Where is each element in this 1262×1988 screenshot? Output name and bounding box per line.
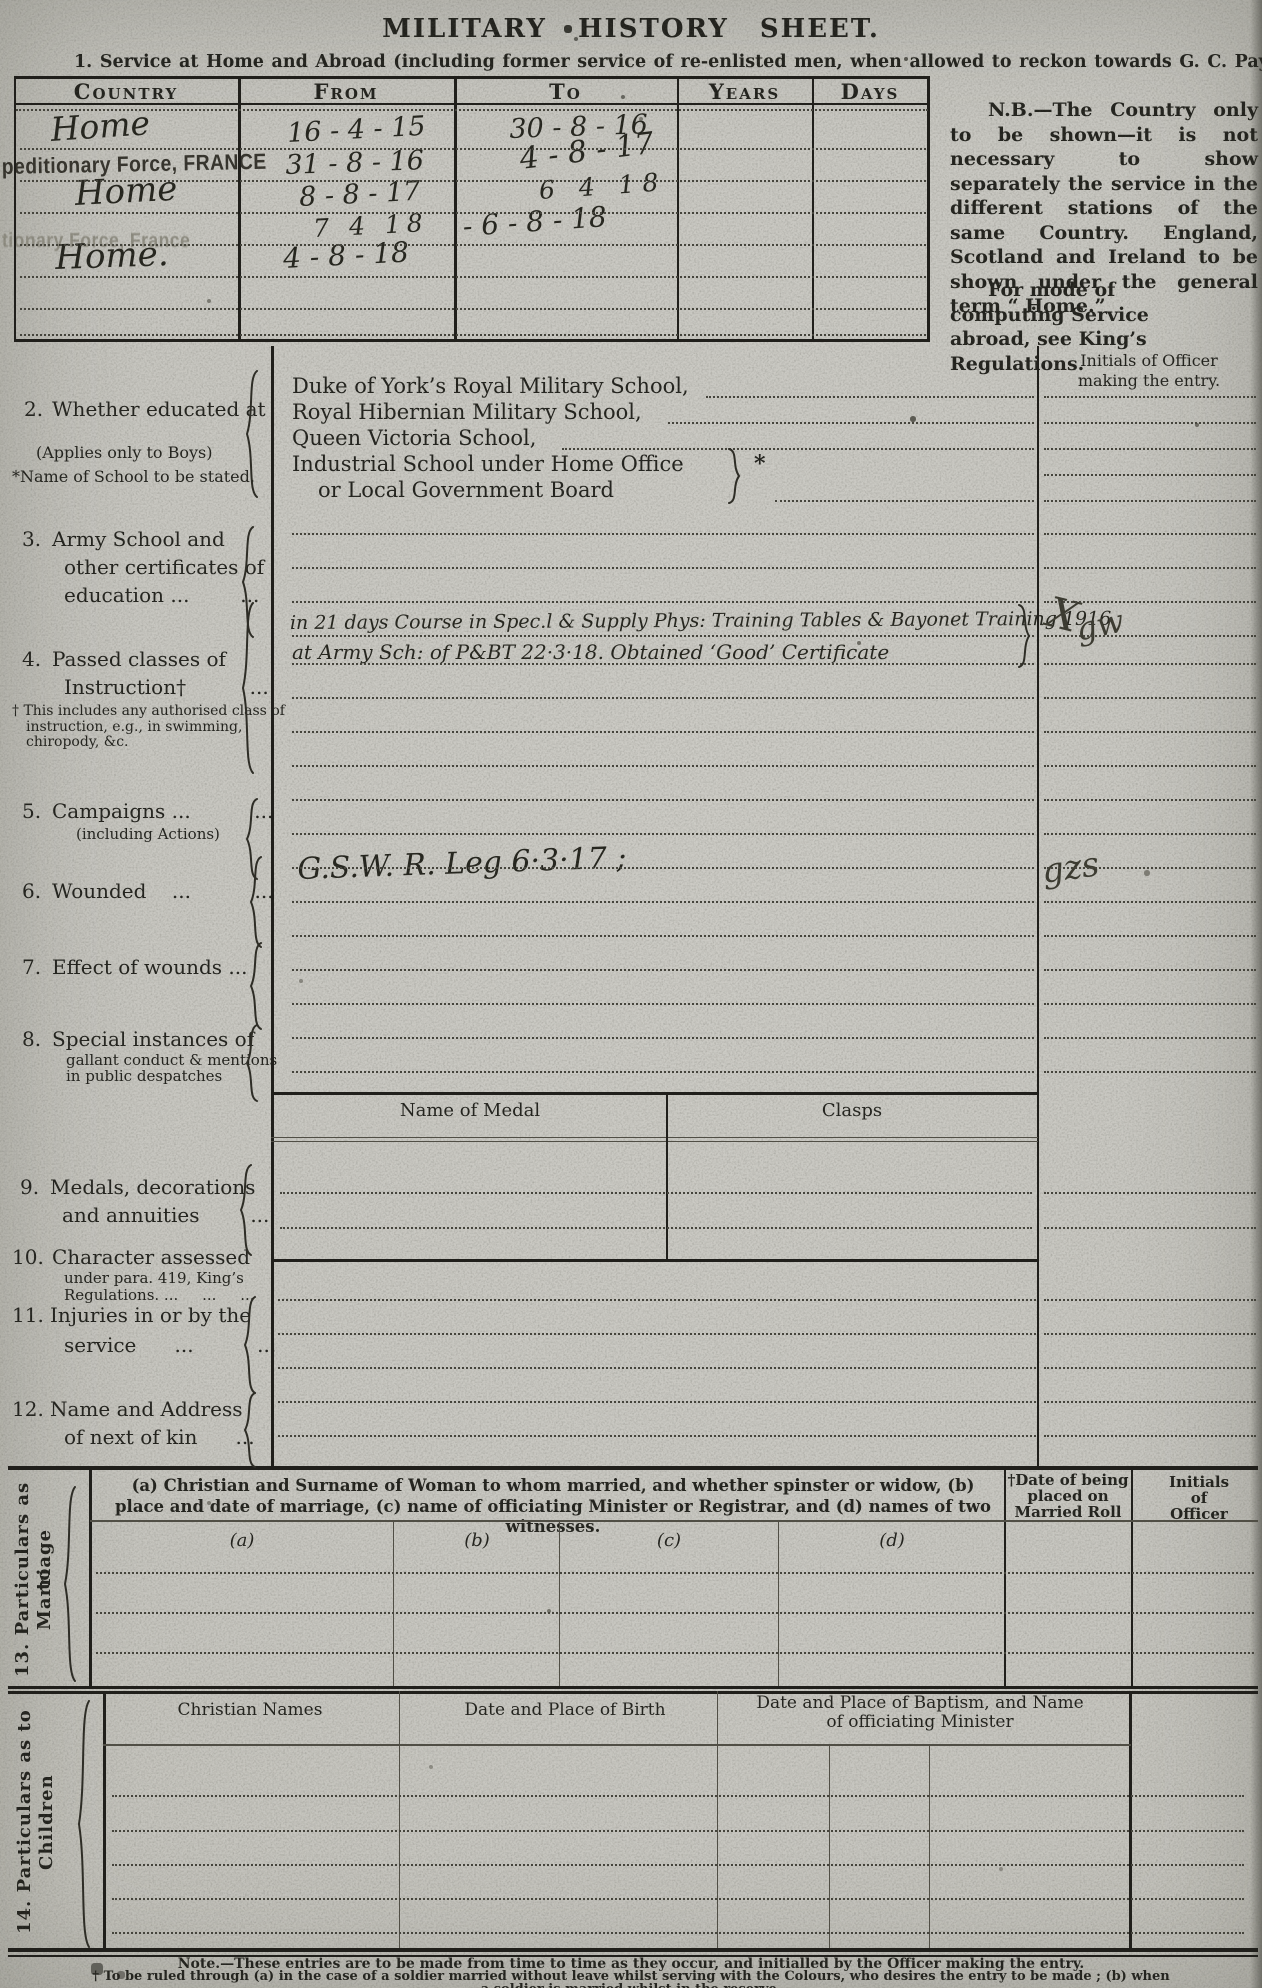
- table-rule: [677, 76, 679, 342]
- dotted-rule: [20, 244, 926, 246]
- paper-specks: [0, 0, 2, 2]
- dotted-rule: [1044, 1333, 1256, 1335]
- dotted-rule: [1044, 867, 1256, 869]
- s2-school-3: Queen Victoria School,: [292, 426, 536, 451]
- dotted-rule: [1044, 663, 1256, 665]
- dotted-rule: [1044, 969, 1256, 971]
- table-rule: [1129, 1691, 1132, 1952]
- dotted-rule: [1044, 1192, 1256, 1194]
- dotted-rule: [112, 1864, 1244, 1866]
- dotted-rule: [20, 148, 926, 150]
- dotted-rule: [292, 833, 1034, 835]
- dotted-rule: [96, 1612, 1254, 1614]
- s2-number: 2.: [24, 398, 43, 422]
- brace: [62, 1486, 78, 1682]
- s6-handwriting: G.S.W. R. Leg 6·3·17 ;: [297, 841, 627, 887]
- dotted-rule: [1044, 448, 1256, 450]
- s4-number: 4.: [22, 648, 41, 672]
- brace: [244, 370, 260, 498]
- table-rule: [271, 1141, 1038, 1142]
- table-rule: [14, 103, 930, 105]
- table-rule: [14, 76, 16, 342]
- s13-col-a: (a): [182, 1530, 302, 1551]
- initials-col-header-1: Initials of Officer: [1042, 352, 1256, 371]
- dotted-rule: [1044, 1003, 1256, 1005]
- dotted-rule: [96, 1572, 1254, 1574]
- medal-col-clasps: Clasps: [672, 1100, 1032, 1121]
- table-rule: [238, 76, 241, 342]
- dotted-rule: [292, 799, 1034, 801]
- brace: [242, 1296, 258, 1394]
- brace: [1016, 604, 1032, 668]
- dotted-rule: [1044, 422, 1256, 424]
- s2-note2: *Name of School to be stated.: [12, 468, 255, 487]
- dotted-rule: [292, 765, 1034, 767]
- s2-school-1: Duke of York’s Royal Military School,: [292, 374, 689, 399]
- entry-from-1: 16 - 4 - 15: [286, 111, 426, 149]
- brace: [76, 1700, 92, 1948]
- dotted-rule: [20, 212, 926, 214]
- table-rule: [271, 346, 274, 1466]
- s2-school-2: Royal Hibernian Military School,: [292, 400, 642, 425]
- s2-label: Whether educated at: [52, 398, 266, 422]
- brace: [244, 1024, 260, 1102]
- dotted-rule: [1044, 1227, 1256, 1229]
- dotted-rule: [1044, 635, 1256, 637]
- dotted-rule: [112, 1932, 1244, 1934]
- s4-handwriting-2: at Army Sch: of P&BT 22·3·18. Obtained ‘…: [292, 640, 889, 664]
- table-rule: [271, 1137, 1038, 1138]
- dotted-rule: [112, 1898, 1244, 1900]
- s3-line3: education ... ...: [64, 584, 259, 608]
- s8-note2: in public despatches: [66, 1068, 222, 1086]
- s5-number: 5.: [22, 800, 41, 824]
- scan-edge-shadow: [1250, 0, 1262, 1988]
- col-years: Years: [677, 80, 812, 105]
- table-rule: [1004, 1466, 1006, 1688]
- brace: [242, 1392, 258, 1468]
- table-rule: [829, 1746, 830, 1952]
- table-rule: [559, 1522, 560, 1688]
- s3-line1: Army School and: [52, 528, 225, 552]
- table-rule: [103, 1744, 1131, 1746]
- brace: [726, 448, 742, 504]
- table-rule: [929, 1746, 930, 1952]
- dotted-rule: [292, 1071, 1034, 1073]
- s13-col-c: (c): [609, 1530, 729, 1551]
- s7-number: 7.: [22, 956, 41, 980]
- table-rule: [454, 76, 457, 342]
- s6-number: 6.: [22, 880, 41, 904]
- s14-side-label-inner: Children: [36, 1696, 58, 1948]
- s3-number: 3.: [22, 528, 41, 552]
- s9-line1: Medals, decorations: [50, 1176, 255, 1200]
- brace: [240, 602, 256, 774]
- dotted-rule: [292, 935, 1034, 937]
- dotted-rule: [1044, 567, 1256, 569]
- s13-col-initials: Initials of Officer: [1162, 1474, 1236, 1522]
- s14-col-baptism: Date and Place of Baptism, and Name of o…: [755, 1694, 1085, 1732]
- s5-line1: Campaigns ... ...: [52, 800, 273, 824]
- brace: [238, 1164, 254, 1256]
- dotted-rule: [292, 635, 1034, 637]
- table-rule: [393, 1522, 394, 1688]
- table-rule: [8, 1466, 1258, 1470]
- dotted-rule: [1044, 935, 1256, 937]
- entry-country-3: Home: [74, 169, 178, 214]
- footer-note-2: † To be ruled through (a) in the case of…: [91, 1970, 1171, 1988]
- s13-col-married-roll: †Date of being placed on Married Roll: [1006, 1472, 1130, 1520]
- dotted-rule: [1044, 731, 1256, 733]
- dotted-rule: [292, 731, 1034, 733]
- table-rule: [271, 1092, 1038, 1095]
- initials-col-header-2: making the entry.: [1042, 372, 1256, 391]
- s13-col-b: (b): [417, 1530, 537, 1551]
- s12-number: 12.: [12, 1398, 44, 1422]
- dotted-rule: [1044, 1435, 1256, 1437]
- dotted-rule: [1044, 396, 1256, 398]
- s7-line1: Effect of wounds ...: [52, 956, 247, 980]
- dotted-rule: [280, 1192, 1032, 1194]
- table-rule: [1037, 346, 1039, 1466]
- dotted-rule: [1044, 1071, 1256, 1073]
- table-rule: [717, 1691, 718, 1952]
- dotted-rule: [1044, 1401, 1256, 1403]
- dotted-rule: [292, 533, 1034, 535]
- dotted-rule: [292, 867, 1034, 869]
- dotted-rule: [292, 1003, 1034, 1005]
- dotted-rule: [16, 109, 928, 111]
- dotted-rule: [292, 601, 1034, 603]
- table-rule: [271, 1259, 1038, 1262]
- entry-from-5: 4 - 8 - 18: [282, 235, 409, 275]
- s11-number: 11.: [12, 1304, 44, 1328]
- s6-line1: Wounded ... ...: [52, 880, 274, 904]
- table-rule: [14, 339, 930, 342]
- table-rule: [89, 1466, 92, 1688]
- page-title: MILITARY HISTORY SHEET.: [0, 14, 1262, 45]
- dotted-rule: [112, 1830, 1244, 1832]
- table-rule: [8, 1691, 1258, 1694]
- s11-line1: Injuries in or by the: [50, 1304, 251, 1328]
- table-rule: [1131, 1466, 1133, 1688]
- brace: [248, 942, 264, 1030]
- dotted-rule: [1044, 799, 1256, 801]
- table-rule: [8, 1955, 1258, 1957]
- dotted-rule: [1044, 474, 1256, 476]
- table-rule: [8, 1948, 1258, 1952]
- table-rule: [103, 1691, 106, 1952]
- dotted-rule: [1044, 1299, 1256, 1301]
- dotted-rule: [20, 308, 926, 310]
- dotted-rule: [668, 422, 1034, 424]
- dotted-rule: [278, 1333, 1036, 1335]
- s3-line2: other certificates of: [64, 556, 264, 580]
- brace: [248, 856, 264, 948]
- col-from: From: [238, 80, 454, 105]
- dotted-rule: [1044, 1037, 1256, 1039]
- dotted-rule: [775, 500, 1034, 502]
- s2-note1: (Applies only to Boys): [36, 444, 213, 463]
- s14-col-birth: Date and Place of Birth: [445, 1700, 685, 1720]
- dotted-rule: [1044, 500, 1256, 502]
- dotted-rule: [278, 1367, 1036, 1369]
- dotted-rule: [1044, 1367, 1256, 1369]
- s13-col-d: (d): [832, 1530, 952, 1551]
- s10-note: under para. 419, King’s Regulations. ...…: [64, 1270, 255, 1303]
- dotted-rule: [292, 567, 1034, 569]
- table-rule: [812, 76, 814, 342]
- s8-line1: Special instances of: [52, 1028, 254, 1052]
- dotted-rule: [112, 1795, 1244, 1797]
- dotted-rule: [1044, 765, 1256, 767]
- dotted-rule: [1044, 697, 1256, 699]
- table-rule: [8, 1686, 1258, 1689]
- s2-school-5: or Local Government Board: [318, 478, 614, 503]
- dotted-rule: [292, 697, 1034, 699]
- entry-to-4: - 6 - 8 - 18: [462, 200, 608, 243]
- dotted-rule: [292, 901, 1034, 903]
- entry-country-5: Home.: [55, 234, 170, 278]
- s12-line2: of next of kin ...: [64, 1426, 255, 1450]
- table-rule: [90, 1520, 1258, 1522]
- dotted-rule: [292, 663, 1034, 665]
- s2-asterisk: *: [754, 452, 766, 478]
- table-rule: [778, 1522, 779, 1688]
- medal-col-name: Name of Medal: [290, 1100, 650, 1121]
- dotted-rule: [20, 276, 926, 278]
- dotted-rule: [1044, 901, 1256, 903]
- s2-school-4: Industrial School under Home Office: [292, 452, 684, 477]
- table-rule: [14, 76, 930, 79]
- s13-side-label-outer: 13. Particulars as to: [12, 1474, 34, 1684]
- s12-line1: Name and Address: [50, 1398, 243, 1422]
- dotted-rule: [96, 1652, 1254, 1654]
- table-rule: [666, 1092, 668, 1262]
- dotted-rule: [562, 448, 1034, 450]
- s4-handwriting-1: in 21 days Course in Spec.l & Supply Phy…: [290, 608, 1111, 634]
- table-rule: [399, 1691, 400, 1952]
- col-to: To: [454, 80, 677, 105]
- s13-header: (a) Christian and Surname of Woman to wh…: [106, 1476, 1000, 1538]
- s13-side-label-inner: Marriage: [34, 1474, 56, 1684]
- dotted-rule: [1044, 601, 1256, 603]
- dotted-rule: [292, 1037, 1034, 1039]
- s10-line1: Character assessed: [52, 1246, 250, 1270]
- s8-number: 8.: [22, 1028, 41, 1052]
- s14-side-label-outer: 14. Particulars as to: [14, 1696, 36, 1948]
- dotted-rule: [292, 969, 1034, 971]
- dotted-rule: [280, 1227, 1032, 1229]
- s4-line1: Passed classes of: [52, 648, 226, 672]
- military-history-sheet: MILITARY HISTORY SHEET. 1. Service at Ho…: [0, 0, 1262, 1988]
- s4-officer-scribble: gw: [1073, 601, 1128, 648]
- dotted-rule: [1044, 533, 1256, 535]
- s9-number: 9.: [20, 1176, 39, 1200]
- dotted-rule: [706, 396, 1034, 398]
- dotted-rule: [20, 334, 926, 336]
- dotted-rule: [278, 1401, 1036, 1403]
- table-rule: [927, 76, 930, 342]
- col-days: Days: [812, 80, 928, 105]
- s5-note: (including Actions): [76, 826, 220, 844]
- s14-col-names: Christian Names: [150, 1700, 350, 1720]
- col-country: Country: [14, 80, 238, 105]
- dotted-rule: [1044, 833, 1256, 835]
- dotted-rule: [278, 1435, 1036, 1437]
- dotted-rule: [20, 180, 926, 182]
- s10-number: 10.: [12, 1246, 44, 1270]
- section1-heading: 1. Service at Home and Abroad (including…: [74, 52, 1262, 73]
- s4-line2: Instruction† ...: [64, 676, 269, 700]
- dotted-rule: [278, 1299, 1036, 1301]
